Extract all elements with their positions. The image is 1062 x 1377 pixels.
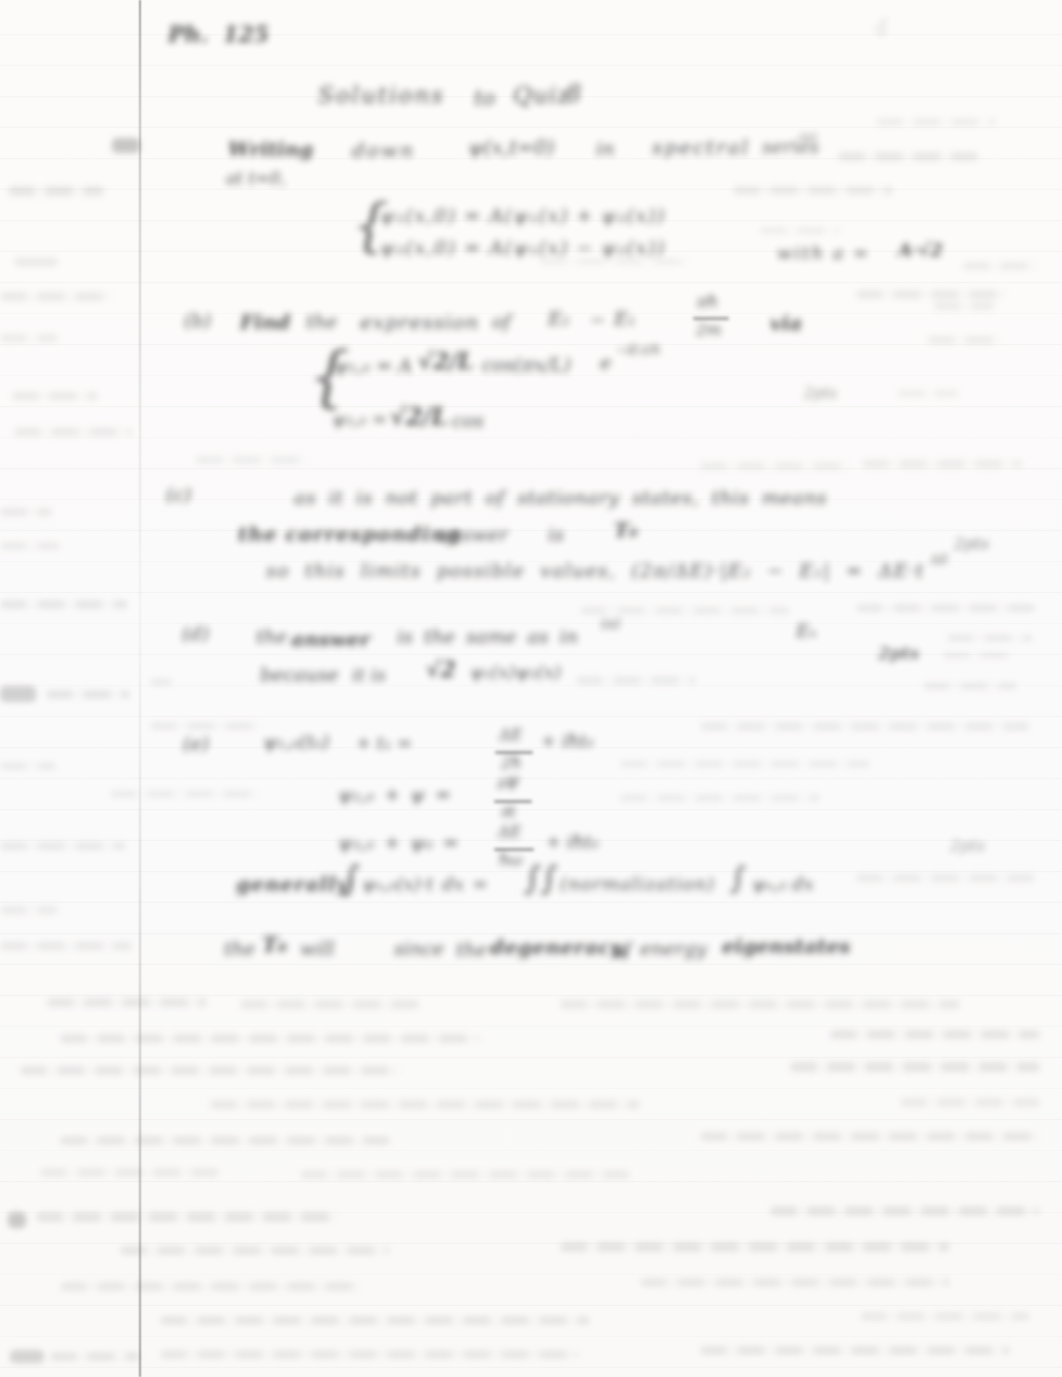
ghost-text-mark xyxy=(0,842,126,850)
ghost-text-mark xyxy=(0,542,60,550)
a-line1-word: down xyxy=(352,140,415,160)
title-word: Quiz xyxy=(513,85,570,108)
title-word: to xyxy=(474,88,495,109)
e-line4-int: ∫ xyxy=(342,862,360,896)
ghost-text-mark xyxy=(640,1278,950,1287)
ghost-text-mark xyxy=(862,460,1022,468)
a-line1-word: in xyxy=(596,140,614,159)
ghost-text-mark xyxy=(0,292,112,301)
e-points: 2pts xyxy=(950,838,985,854)
section-c-label: (c) xyxy=(166,486,191,505)
b-line1-word: − xyxy=(590,312,605,330)
a-line2: at t=0, xyxy=(226,171,286,188)
ghost-text-mark xyxy=(0,600,128,609)
b-line1-word: expression xyxy=(360,312,479,332)
e-line4-word: ψₙ,₀(x)·t dx = xyxy=(362,876,488,894)
ghost-text-mark xyxy=(8,1212,26,1228)
ghost-text-mark xyxy=(620,794,820,802)
e-frac1-num: ΔE xyxy=(499,727,522,743)
b-line1-word: E₂ xyxy=(548,310,570,329)
e-eq1-tail: + iħt₀ xyxy=(541,733,594,751)
b-system-brace: { xyxy=(308,344,350,410)
b-points: 2pts xyxy=(804,386,837,401)
ghost-text-mark xyxy=(0,942,132,950)
b-eq2-lhs: ψ₂,₀ = xyxy=(332,411,387,429)
ghost-text-mark xyxy=(120,1246,390,1255)
d-line1-word: is the same as in xyxy=(397,628,578,647)
ghost-text-mark xyxy=(830,1030,1040,1039)
d-line1-word: Eₙ xyxy=(796,623,816,641)
e-line4-word: (normalization) xyxy=(560,876,715,894)
c-line2-word: answer xyxy=(438,526,508,545)
section-e-label: (e) xyxy=(183,735,209,754)
ghost-text-mark xyxy=(856,290,1006,299)
b-frac-num: πħ xyxy=(697,294,718,310)
e-line4-int: ∫ xyxy=(730,864,746,894)
e-eq1-mid: + t₁ = xyxy=(356,735,412,753)
b-line1-word: of xyxy=(492,313,510,332)
ghost-text-mark xyxy=(560,1242,950,1252)
ghost-text-mark xyxy=(898,390,958,397)
b-line1-word: the xyxy=(306,313,337,332)
f-line-word: of xyxy=(612,941,630,960)
ghost-text-mark xyxy=(150,678,172,686)
ghost-text-mark xyxy=(210,1100,640,1109)
c-line3-sup: ΔE xyxy=(930,554,949,567)
c-line3: so this limits possible values, (2π/ΔE)·… xyxy=(266,562,924,581)
ghost-text-mark xyxy=(0,906,58,914)
ghost-text-mark xyxy=(760,227,840,234)
d-line2-word: √2 xyxy=(426,659,456,681)
ghost-text-mark xyxy=(856,874,1036,882)
ghost-text-mark xyxy=(934,302,994,310)
ghost-text-mark xyxy=(10,1350,44,1363)
ghost-text-mark xyxy=(700,1346,1010,1355)
a-line1-word: ψ(x,t=0) xyxy=(468,137,554,157)
a-line1-word: Writing xyxy=(228,139,313,159)
b-line1-word: Find xyxy=(240,312,290,332)
ghost-text-mark xyxy=(0,334,58,342)
a-eq2: ψ₂(x,0) = A(ψ₁(x) − ψ₂(x)) xyxy=(380,239,666,258)
ghost-text-mark xyxy=(923,682,1017,690)
ghost-text-mark xyxy=(196,456,306,464)
e-frac3-num: ΔE xyxy=(498,824,521,840)
ghost-text-mark xyxy=(8,186,104,196)
b-line1-word: E₁ xyxy=(614,310,636,329)
ghost-text-mark xyxy=(40,1168,220,1177)
ghost-text-mark xyxy=(700,722,1030,731)
ghost-text-mark xyxy=(300,1170,630,1179)
c-line2-word: T₀ xyxy=(614,520,638,540)
f-line-word: energy xyxy=(640,940,707,959)
c-line2-word: the corresponding xyxy=(238,524,461,544)
ghost-text-mark xyxy=(838,152,978,161)
title-word: 8 xyxy=(566,82,581,106)
b-eq1-sqrt: √2/L xyxy=(418,350,474,373)
b-eq1-e: e xyxy=(600,354,611,373)
ghost-text-mark xyxy=(700,1132,1040,1141)
f-line-word: degeneracy, xyxy=(490,937,629,957)
ghost-text-mark xyxy=(14,428,132,436)
d-line2-word: ψ₁(x)ψ₂(x) xyxy=(470,664,561,682)
section-b-label: (b) xyxy=(184,312,211,331)
e-frac3-den: ħω xyxy=(499,852,522,868)
ghost-text-mark xyxy=(790,1062,1040,1072)
b-eq2-cos: cos xyxy=(452,412,484,431)
ghost-text-mark xyxy=(963,262,1038,270)
ghost-text-mark xyxy=(860,1312,1030,1321)
ghost-text-mark xyxy=(50,1352,140,1361)
ghost-text-mark xyxy=(947,634,1033,642)
course-code-word-1: Ph. xyxy=(168,24,208,46)
ghost-text-mark xyxy=(240,1000,420,1009)
ghost-text-mark xyxy=(60,1282,360,1291)
b-frac-den: 2m xyxy=(696,322,721,338)
ghost-text-mark xyxy=(700,462,850,470)
a-eq2-note: with a = xyxy=(777,245,870,263)
ghost-text-mark xyxy=(36,1212,336,1222)
f-line-word: the xyxy=(224,940,255,959)
ghost-text-mark xyxy=(112,138,140,153)
page-number: 4 xyxy=(874,16,889,40)
f-line-word: since xyxy=(394,940,444,959)
e-eq1-lhs: ψ₁,₀(t₀) xyxy=(263,733,329,752)
e-line4-word: generally xyxy=(236,874,349,894)
ghost-text-mark xyxy=(160,1316,590,1325)
d-line1-sup: (a) xyxy=(601,617,620,631)
a-eq1: ψ₁(x,0) = A(ψ₁(x) + ψ₂(x)) xyxy=(380,207,666,226)
ghost-text-mark xyxy=(12,392,98,400)
e-frac2-num: ∂Ψ xyxy=(497,776,519,792)
e-line4-int: ∫∫ xyxy=(524,862,557,894)
section-d-label: (d) xyxy=(182,625,209,644)
d-line2-word: it is xyxy=(352,667,386,685)
e-line4-word: ψₙ,₀ dx xyxy=(752,876,814,894)
ghost-text-mark xyxy=(560,1000,960,1009)
title-word: Solutions xyxy=(318,85,445,108)
ghost-text-mark xyxy=(900,1098,1040,1107)
b-eq1-exp: −iE₁t/ħ xyxy=(616,344,660,356)
e-eq2-lhs: ψ₂,₀ + ψ = xyxy=(338,786,451,805)
ghost-text-mark xyxy=(46,690,130,699)
course-code-word-2: 125 xyxy=(223,24,269,46)
f-line-word: the xyxy=(456,941,487,960)
ghost-text-mark xyxy=(110,790,260,798)
ghost-text-mark xyxy=(943,652,1013,659)
ghost-text-mark xyxy=(60,1136,390,1145)
e-eq3-lhs: ψ₃,₀ + ψ₀ = xyxy=(338,834,459,853)
b-eq1-lhs: ψ₁,₀ = A xyxy=(334,357,412,376)
ghost-text-mark xyxy=(47,998,207,1007)
c-points: 2pts xyxy=(954,536,989,552)
ghost-text-mark xyxy=(770,1206,1040,1216)
b-line1-word: via xyxy=(770,313,802,333)
e-eq3-tail: + iħt₀ xyxy=(546,834,599,852)
f-line-word: eigenstates xyxy=(722,936,850,956)
c-line1: as it is not part of stationary states, … xyxy=(294,489,827,508)
notebook-page: Ph.1254SolutionstoQuiz8Writingdownψ(x,t=… xyxy=(0,0,1062,1377)
e-frac1-den: 2ħ xyxy=(501,755,521,771)
ghost-text-mark xyxy=(876,118,996,126)
a-line1-sup: (a) xyxy=(800,131,817,143)
d-line1-word: the xyxy=(256,628,287,647)
ghost-text-mark xyxy=(0,508,52,516)
f-line-word: T₀ xyxy=(262,934,287,955)
ghost-text-mark xyxy=(20,1066,400,1075)
ghost-text-mark xyxy=(60,1034,480,1043)
d-line1-word: answer xyxy=(291,629,370,649)
c-line2-word: is xyxy=(548,526,564,545)
e-frac2-den: ∂t xyxy=(501,804,516,820)
b-eq1-cos: cos(πx/L) xyxy=(482,356,571,375)
ghost-text-mark xyxy=(576,676,696,685)
ghost-text-mark xyxy=(733,186,893,195)
ghost-text-mark xyxy=(928,336,1000,344)
a-eq2-note2: A·√2 xyxy=(898,242,943,260)
ghost-text-mark xyxy=(160,1350,580,1359)
d-points: 2pts xyxy=(878,646,919,663)
ghost-text-mark xyxy=(150,722,262,730)
d-line2-word: because xyxy=(260,666,339,685)
f-line-word: will xyxy=(300,940,335,959)
ghost-text-mark xyxy=(620,760,870,768)
ghost-text-mark xyxy=(856,604,1036,612)
ghost-text-mark xyxy=(0,686,36,702)
ghost-text-mark xyxy=(580,606,790,615)
ghost-text-mark xyxy=(14,258,58,266)
ghost-text-mark xyxy=(540,258,690,265)
a-line1-word: spectral xyxy=(652,137,750,157)
ghost-text-mark xyxy=(0,762,56,770)
b-eq2-sqrt: √2/L xyxy=(390,405,448,429)
